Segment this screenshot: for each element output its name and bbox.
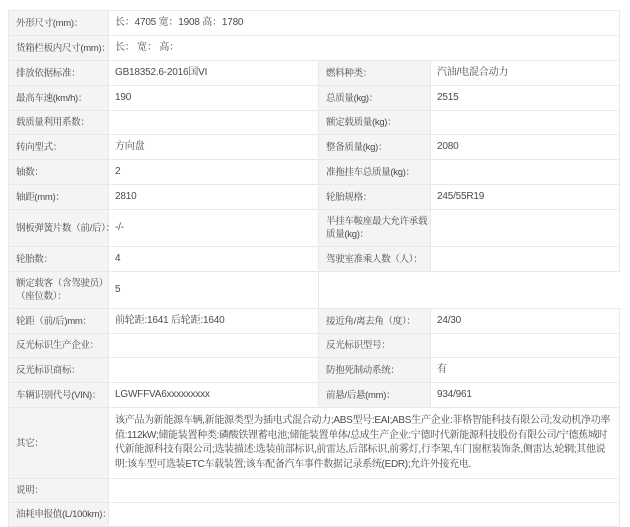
spec-label: 最高车速(km/h)： [9, 86, 109, 111]
spec-value: 245/55R19 [431, 185, 620, 210]
spec-value: 长：4705 宽：1908 高：1780 [109, 11, 620, 36]
spec-value: GB18352.6-2016国VI [109, 61, 319, 86]
spec-value: 2810 [109, 185, 319, 210]
spec-label: 外形尺寸(mm)： [9, 11, 109, 36]
row-wheelbase-tyre-size: 轴距(mm)： 2810 轮胎规格： 245/55R19 [9, 185, 620, 210]
row-exterior-dimensions: 外形尺寸(mm)： 长：4705 宽：1908 高：1780 [9, 11, 620, 36]
row-steering-curb-mass: 转向型式： 方向盘 整备质量(kg)： 2080 [9, 135, 620, 160]
row-leaf-springs-saddle-load: 钢板弹簧片数（前/后）： -/- 半挂车鞍座最大允许承载质量(kg)： [9, 210, 620, 247]
spec-value: 190 [109, 86, 319, 111]
spec-label: 轮胎规格： [319, 185, 431, 210]
spec-value: 有 [431, 358, 620, 383]
spec-value: 该产品为新能源车辆,新能源类型为插电式混合动力;ABS型号:EAI;ABS生产企… [109, 408, 620, 479]
row-other-info: 其它： 该产品为新能源车辆,新能源类型为插电式混合动力;ABS型号:EAI;AB… [9, 408, 620, 479]
spec-label: 其它： [9, 408, 109, 479]
spec-label: 载质量利用系数： [9, 111, 109, 135]
spec-value: 方向盘 [109, 135, 319, 160]
spec-value [431, 160, 620, 185]
spec-label: 反光标识型号： [319, 334, 431, 358]
spec-label: 轴距(mm)： [9, 185, 109, 210]
spec-label: 准拖挂车总质量(kg)： [319, 160, 431, 185]
row-load-factor-rated-load: 载质量利用系数： 额定载质量(kg)： [9, 111, 620, 135]
spec-label: 半挂车鞍座最大允许承载质量(kg)： [319, 210, 431, 247]
row-cargo-box-dimensions: 货箱栏板内尺寸(mm)： 长： 宽： 高： [9, 36, 620, 61]
row-rated-passengers: 额定载客（含驾驶员）（座位数）： 5 [9, 272, 620, 309]
spec-value [431, 111, 620, 135]
empty-cell [319, 272, 620, 309]
spec-label: 防抱死制动系统： [319, 358, 431, 383]
spec-value: -/- [109, 210, 319, 247]
spec-value: 2080 [431, 135, 620, 160]
spec-value: 长： 宽： 高： [109, 36, 620, 61]
row-emission-standard-fuel-type: 排放依据标准： GB18352.6-2016国VI 燃料种类： 汽油/电混合动力 [9, 61, 620, 86]
spec-label: 车辆识别代号(VIN)： [9, 383, 109, 408]
spec-value: 汽油/电混合动力 [431, 61, 620, 86]
row-track-approach-angle: 轮距（前/后)mm： 前轮距:1641 后轮距:1640 接近角/离去角（度）：… [9, 309, 620, 334]
spec-label: 排放依据标准： [9, 61, 109, 86]
spec-value: 5 [109, 272, 319, 309]
spec-value [109, 503, 620, 515]
spec-value: 24/30 [431, 309, 620, 334]
spec-label: 驾驶室准乘人数（人）： [319, 247, 431, 272]
spec-label: 整备质量(kg)： [319, 135, 431, 160]
spec-value [109, 334, 319, 358]
spec-value [109, 111, 319, 135]
row-reflective-brand-abs: 反光标识商标： 防抱死制动系统： 有 [9, 358, 620, 383]
spec-value [431, 334, 620, 358]
row-reflective-maker-model: 反光标识生产企业： 反光标识型号： [9, 334, 620, 358]
spec-label: 轴数： [9, 160, 109, 185]
row-remarks: 说明： [9, 479, 620, 503]
spec-label: 总质量(kg)： [319, 86, 431, 111]
spec-label: 轮距（前/后)mm： [9, 309, 109, 334]
spec-label: 钢板弹簧片数（前/后）： [9, 210, 109, 247]
spec-value: 前轮距:1641 后轮距:1640 [109, 309, 319, 334]
row-top-speed-total-mass: 最高车速(km/h)： 190 总质量(kg)： 2515 [9, 86, 620, 111]
spec-value [431, 247, 620, 272]
spec-label: 说明： [9, 479, 109, 503]
spec-label: 油耗申报值(L/100km)： [9, 503, 109, 515]
spec-label: 反光标识商标： [9, 358, 109, 383]
vehicle-spec-panel: 外形尺寸(mm)： 长：4705 宽：1908 高：1780 货箱栏板内尺寸(m… [8, 10, 620, 514]
spec-value: 934/961 [431, 383, 620, 408]
spec-label: 燃料种类： [319, 61, 431, 86]
spec-value: 4 [109, 247, 319, 272]
spec-value: 2 [109, 160, 319, 185]
spec-value [109, 358, 319, 383]
spec-label: 货箱栏板内尺寸(mm)： [9, 36, 109, 61]
spec-label: 反光标识生产企业： [9, 334, 109, 358]
spec-label: 额定载客（含驾驶员）（座位数）： [9, 272, 109, 309]
spec-label: 接近角/离去角（度）： [319, 309, 431, 334]
vehicle-spec-table: 外形尺寸(mm)： 长：4705 宽：1908 高：1780 货箱栏板内尺寸(m… [8, 10, 620, 514]
spec-value: LGWFFVA6xxxxxxxxx [109, 383, 319, 408]
spec-value [431, 210, 620, 247]
row-axle-count-trailer-mass: 轴数： 2 准拖挂车总质量(kg)： [9, 160, 620, 185]
spec-value: 2515 [431, 86, 620, 111]
spec-label: 前悬/后悬(mm)： [319, 383, 431, 408]
spec-label: 转向型式： [9, 135, 109, 160]
spec-label: 轮胎数： [9, 247, 109, 272]
row-vin-overhang: 车辆识别代号(VIN)： LGWFFVA6xxxxxxxxx 前悬/后悬(mm)… [9, 383, 620, 408]
row-tyre-count-cab-passengers: 轮胎数： 4 驾驶室准乘人数（人）： [9, 247, 620, 272]
spec-value [109, 479, 620, 503]
row-fuel-consumption: 油耗申报值(L/100km)： [9, 503, 620, 515]
spec-label: 额定载质量(kg)： [319, 111, 431, 135]
